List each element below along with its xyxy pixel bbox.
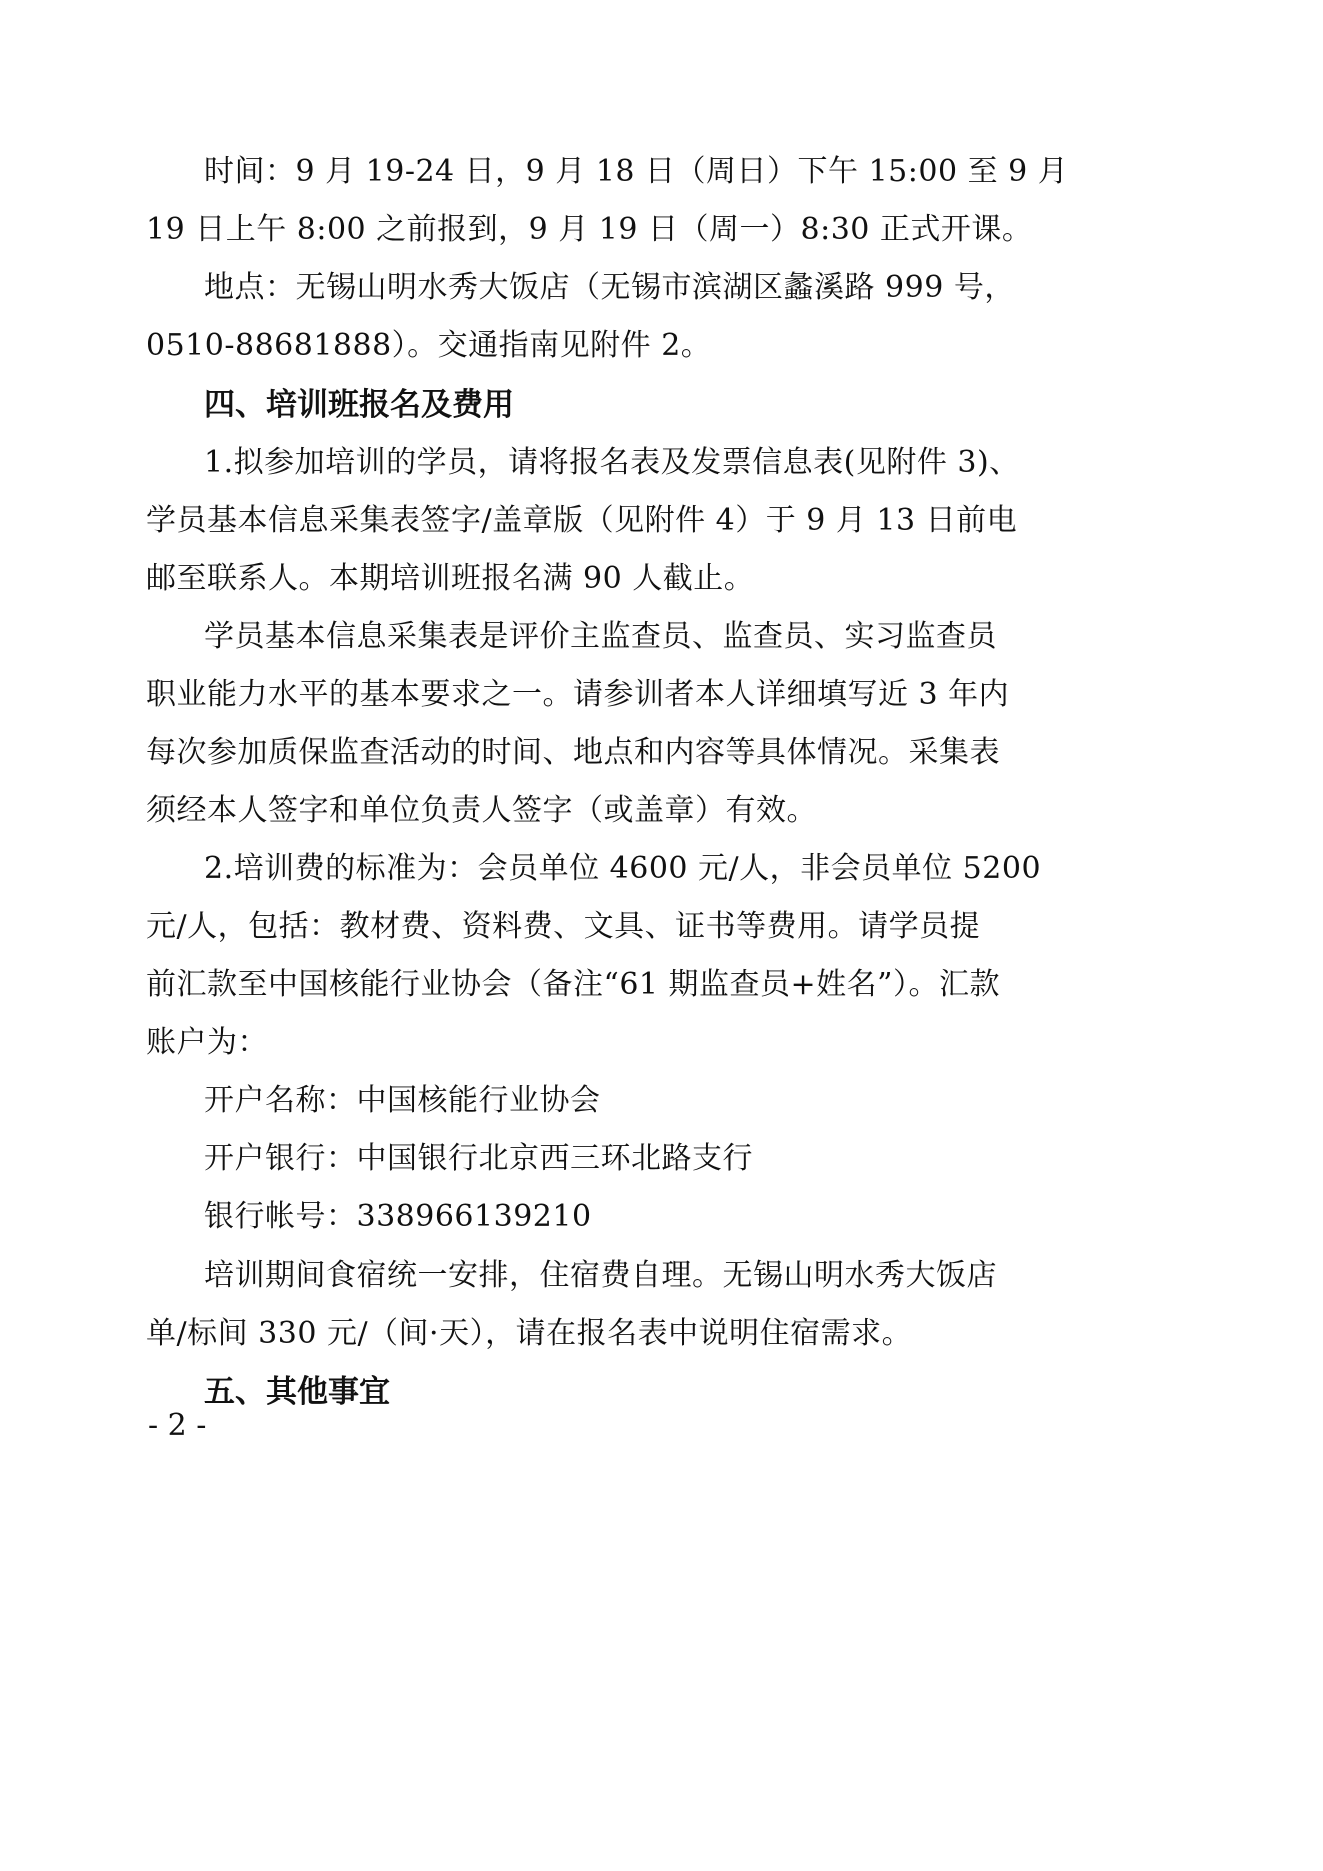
info-note-line-3: 每次参加质保监查活动的时间、地点和内容等具体情况。采集表: [146, 733, 970, 773]
lodging-line-2: 单/标间 330 元/（间·天），请在报名表中说明住宿需求。: [146, 1314, 970, 1354]
item2-line-4: 账户为：: [146, 1023, 970, 1063]
time-line-1: 时间：9 月 19-24 日，9 月 18 日（周日）下午 15:00 至 9 …: [204, 152, 970, 192]
item1-line-1: 1.拟参加培训的学员，请将报名表及发票信息表(见附件 3)、: [204, 443, 970, 483]
item2-line-1: 2.培训费的标准为：会员单位 4600 元/人，非会员单位 5200: [204, 849, 970, 889]
item2-line-3: 前汇款至中国核能行业协会（备注“61 期监查员+姓名”）。汇款: [146, 965, 970, 1005]
lodging-line-1: 培训期间食宿统一安排，住宿费自理。无锡山明水秀大饭店: [204, 1256, 970, 1296]
section-4-heading: 四、培训班报名及费用: [204, 385, 514, 425]
account-name: 开户名称：中国核能行业协会: [204, 1081, 970, 1121]
info-note-line-1: 学员基本信息采集表是评价主监查员、监查员、实习监查员: [204, 617, 970, 657]
page-number: - 2 -: [148, 1406, 206, 1446]
item2-line-2: 元/人，包括：教材费、资料费、文具、证书等费用。请学员提: [146, 907, 970, 947]
section-5-heading: 五、其他事宜: [204, 1372, 390, 1412]
time-line-2: 19 日上午 8:00 之前报到，9 月 19 日（周一）8:30 正式开课。: [146, 210, 970, 250]
info-note-line-4: 须经本人签字和单位负责人签字（或盖章）有效。: [146, 791, 970, 831]
location-line-1: 地点：无锡山明水秀大饭店（无锡市滨湖区蠡溪路 999 号，: [204, 268, 970, 308]
info-note-line-2: 职业能力水平的基本要求之一。请参训者本人详细填写近 3 年内: [146, 675, 970, 715]
account-bank: 开户银行：中国银行北京西三环北路支行: [204, 1139, 970, 1179]
item1-line-2: 学员基本信息采集表签字/盖章版（见附件 4）于 9 月 13 日前电: [146, 501, 970, 541]
location-line-2: 0510-88681888）。交通指南见附件 2。: [146, 326, 970, 366]
document-page: 时间：9 月 19-24 日，9 月 18 日（周日）下午 15:00 至 9 …: [0, 0, 1323, 1871]
item1-line-3: 邮至联系人。本期培训班报名满 90 人截止。: [146, 559, 970, 599]
account-number: 银行帐号：338966139210: [204, 1197, 970, 1237]
